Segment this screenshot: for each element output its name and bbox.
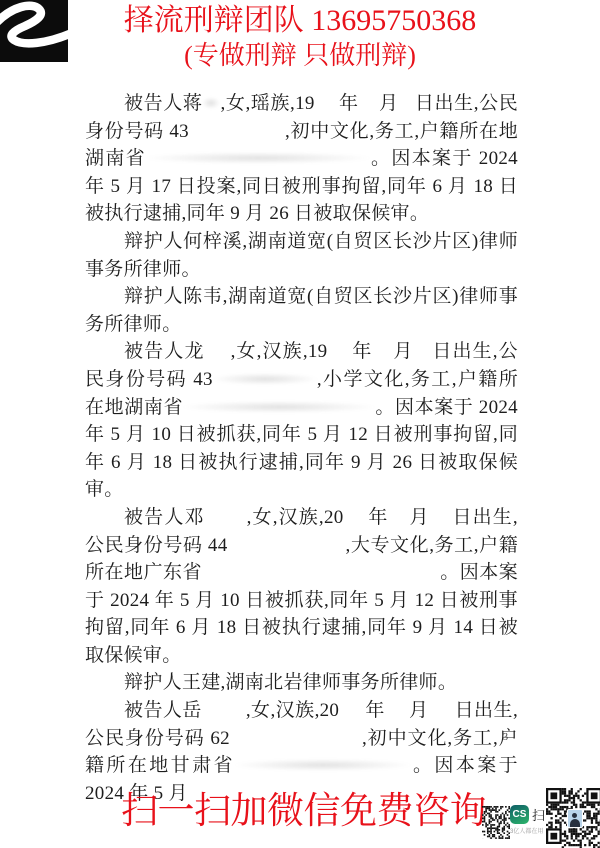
camscanner-logo-icon: CS [510, 805, 529, 824]
redaction-gap [413, 347, 431, 357]
paragraph: 被告人邓,女,汉族,20年月日出生,公民身份号码 44,大专文化,务工,户籍所在… [85, 504, 518, 670]
redaction-gap [213, 373, 317, 385]
scanner-app-badge: CS 扫 3亿人都在用 [510, 805, 550, 835]
scanner-app-label: 扫 [532, 805, 545, 824]
redaction-gap [202, 97, 220, 109]
redaction-gap [146, 152, 370, 164]
redaction-gap [359, 99, 379, 109]
redaction-gap [202, 568, 440, 578]
paragraph-text: ,女,汉族,20 [247, 507, 344, 528]
paragraph-text: ,女,汉族,20 [246, 700, 339, 721]
paragraph-text: 辩护人陈韦,湖南道宽(自贸区长沙片区)律师事务所律师。 [85, 286, 518, 335]
footer-cta-text: 扫一扫加微信免费咨询 [121, 789, 486, 835]
redaction-gap [183, 401, 375, 413]
paragraph-text: 年 [365, 700, 385, 721]
redaction-gap [344, 513, 368, 523]
paragraph-text: 被告人岳 [124, 700, 202, 721]
scanned-document-page: 择流刑辩团队 13695750368 (专做刑辩 只做刑辩) 被告人蒋,女,瑶族… [0, 0, 600, 848]
ad-header-subtitle: (专做刑辩 只做刑辩) [0, 40, 600, 72]
redaction-gap [205, 513, 247, 523]
redaction-gap [428, 706, 454, 716]
redaction-gap [430, 513, 452, 523]
paragraph-text: 年 [368, 507, 389, 528]
redaction-gap [205, 347, 231, 357]
paragraph: 辩护人王建,湖南北岩律师事务所律师。 [85, 669, 518, 697]
page-number: 3 [503, 732, 508, 743]
redaction-gap [228, 541, 346, 551]
redaction-gap [235, 759, 411, 771]
redaction-gap [189, 127, 285, 137]
redaction-gap [372, 347, 392, 357]
ad-header: 择流刑辩团队 13695750368 (专做刑辩 只做刑辩) [0, 2, 600, 72]
paragraph: 辩护人何梓溪,湖南道宽(自贸区长沙片区)律师事务所律师。 [85, 228, 518, 283]
paragraph: 被告人龙,女,汉族,19年月日出生,公民身份号码 43,小学文化,务工,户籍所在… [85, 338, 518, 504]
qr-center-avatar [567, 809, 583, 828]
redaction-gap [389, 513, 409, 523]
paragraph-text: 年 [339, 93, 359, 114]
ad-header-title: 择流刑辩团队 13695750368 [0, 2, 600, 40]
wechat-small-qr-code [482, 806, 510, 839]
paragraph-text: ,女,汉族,19 [231, 341, 328, 362]
paragraph-text: 被告人龙 [124, 341, 205, 362]
document-body: 被告人蒋,女,瑶族,19年月日出生,公民身份号码 43,初中文化,务工,户籍所在… [85, 90, 518, 807]
paragraph-text: 辩护人何梓溪,湖南道宽(自贸区长沙片区)律师事务所律师。 [85, 231, 518, 280]
paragraph-text: 月 [379, 93, 399, 114]
paragraph-text: 月 [392, 341, 413, 362]
redaction-gap [339, 706, 365, 716]
redaction-gap [315, 99, 339, 109]
scanner-app-caption: 3亿人都在用 [510, 826, 550, 835]
paragraph-text: 辩护人王建,湖南北岩律师事务所律师。 [124, 672, 457, 693]
paragraph-text: 被告人蒋 [124, 93, 202, 114]
redaction-gap [385, 706, 409, 716]
paragraph-text: ,女,瑶族,19 [220, 93, 314, 114]
paragraph: 辩护人陈韦,湖南道宽(自贸区长沙片区)律师事务所律师。 [85, 283, 518, 338]
paragraph-text: 年 [351, 341, 372, 362]
redaction-gap [230, 734, 362, 744]
paragraph: 被告人蒋,女,瑶族,19年月日出生,公民身份号码 43,初中文化,务工,户籍所在… [85, 90, 518, 228]
paragraph-text: 月 [409, 700, 429, 721]
paragraph-text: 被告人邓 [124, 507, 205, 528]
redaction-gap [399, 99, 415, 109]
avatar-head [572, 813, 577, 818]
paragraph-text: 月 [409, 507, 430, 528]
redaction-gap [327, 347, 351, 357]
avatar-torso [570, 819, 580, 827]
redaction-gap [202, 706, 246, 716]
